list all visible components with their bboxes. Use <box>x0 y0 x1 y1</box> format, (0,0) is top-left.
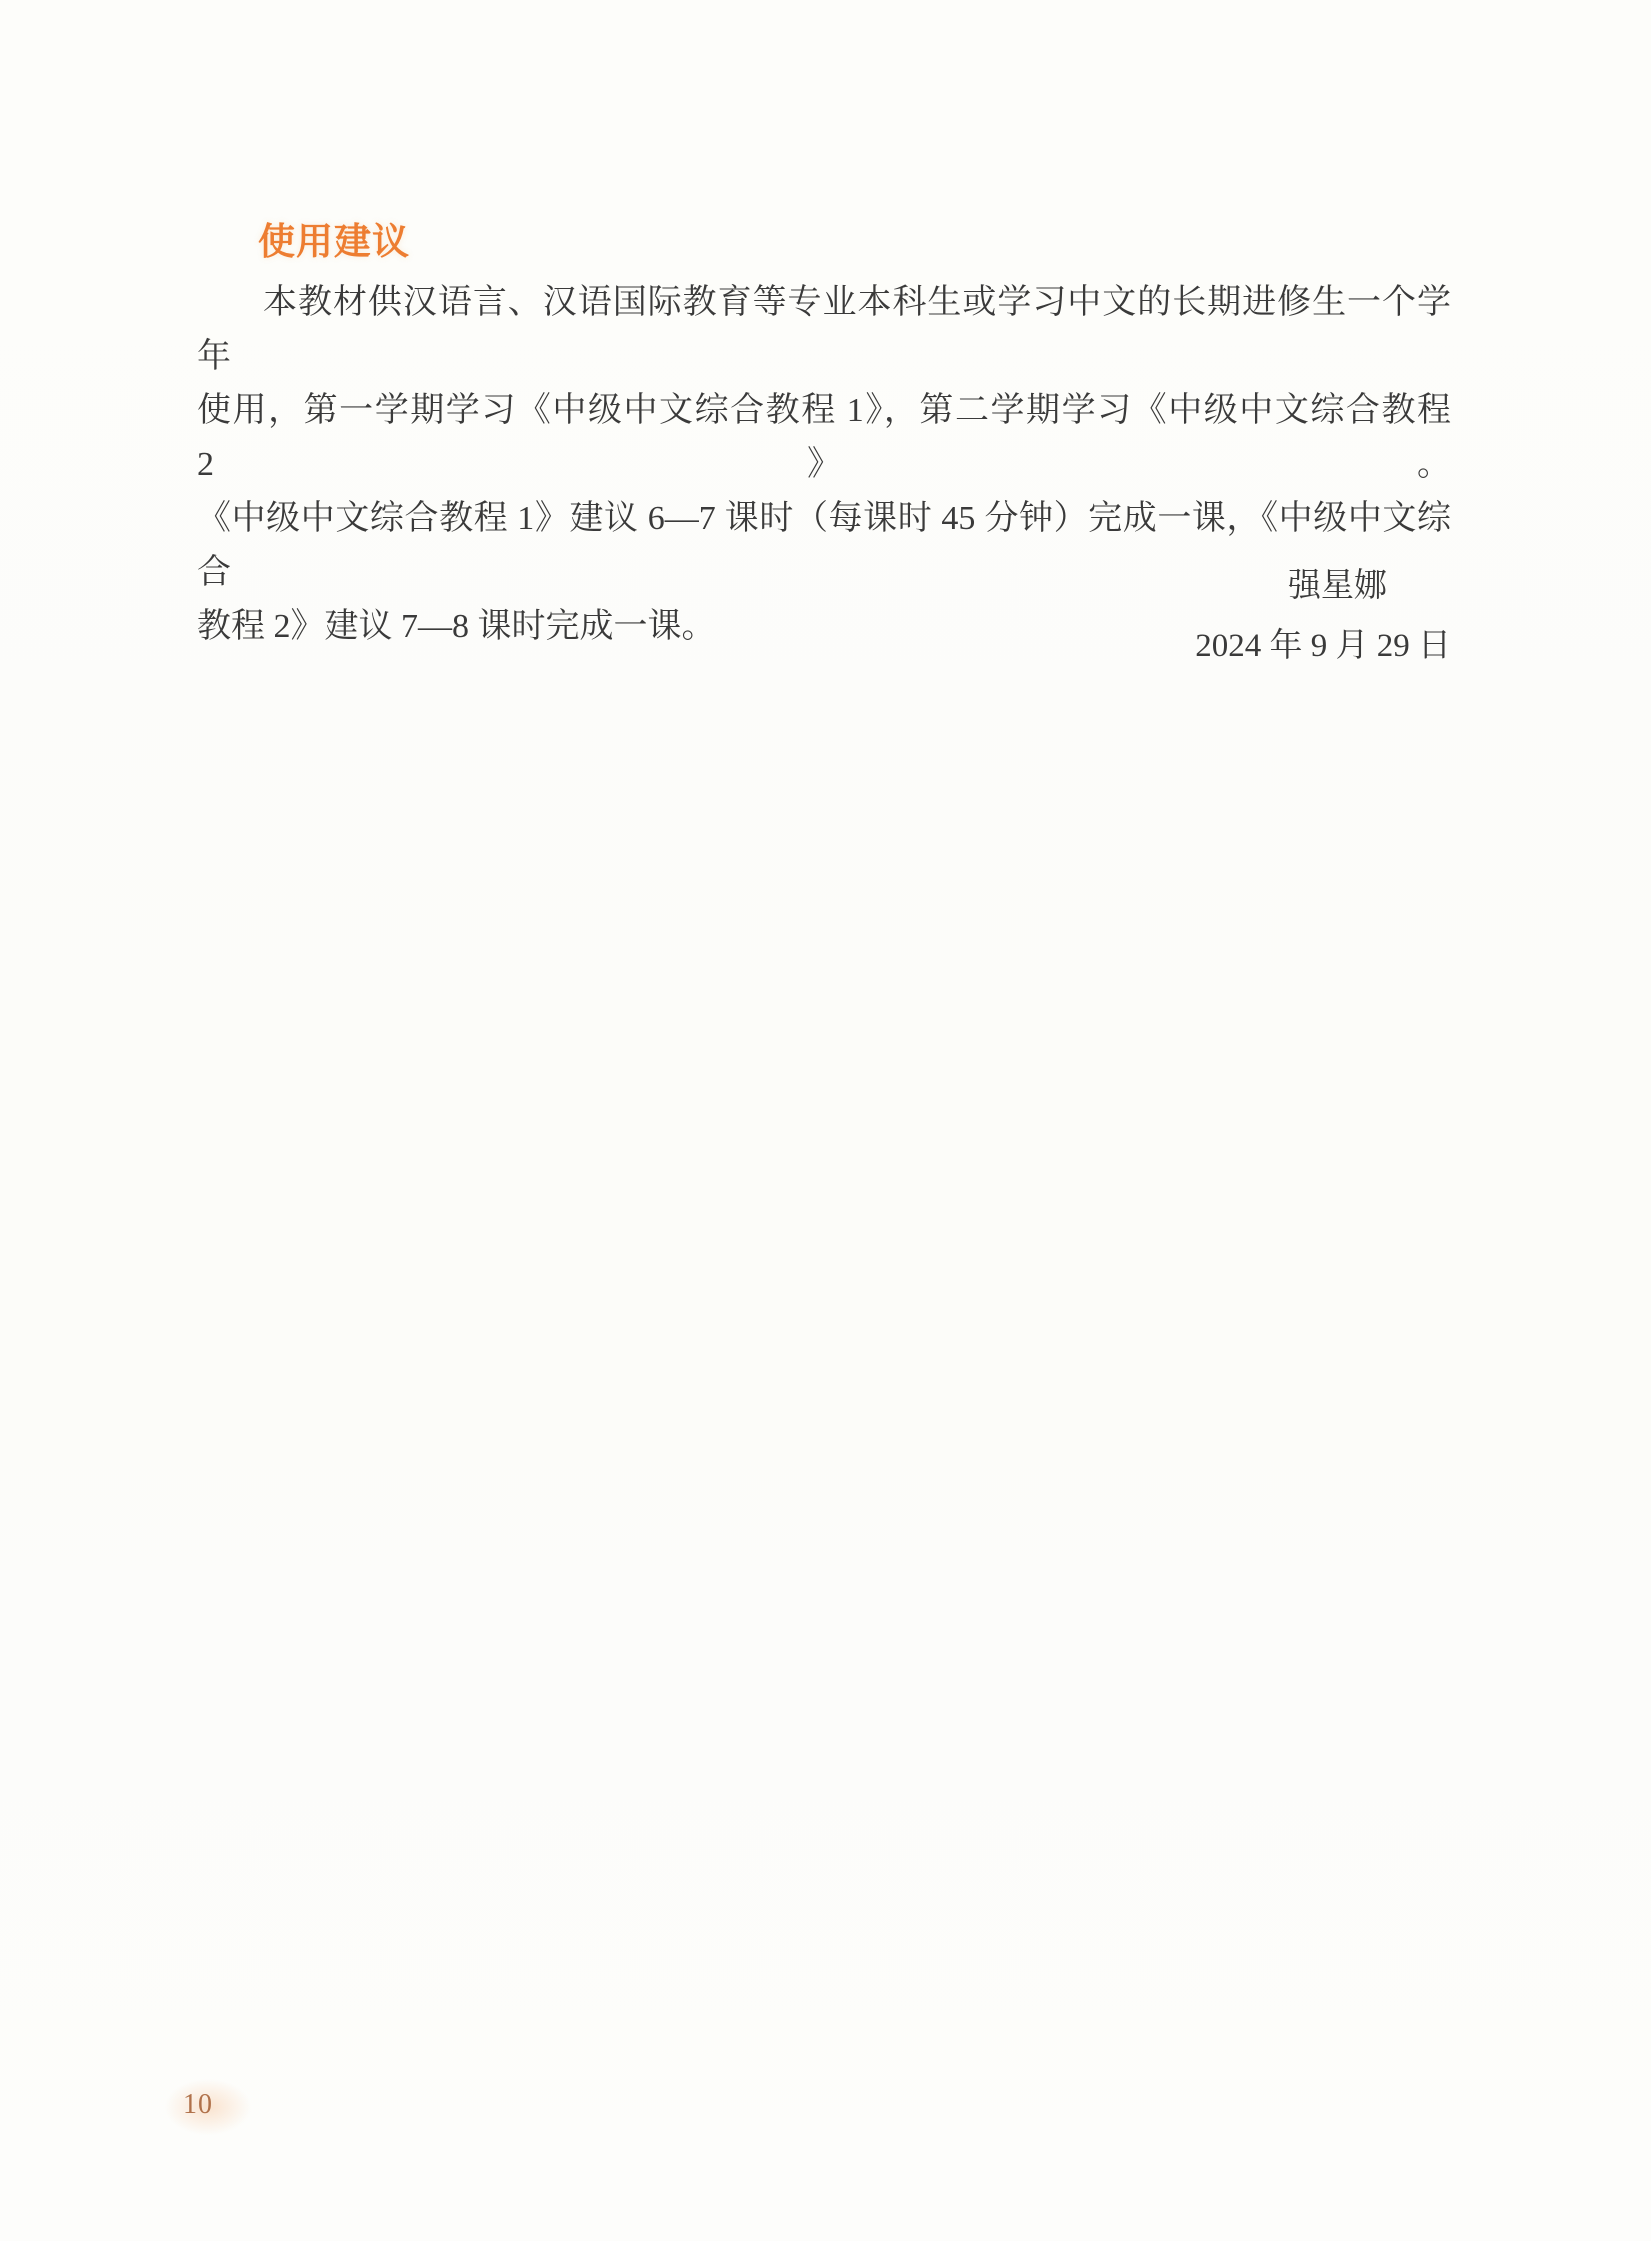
section-heading: 使用建议 <box>258 211 410 265</box>
paragraph-line: 使用，第一学期学习《中级中文综合教程 1》，第二学期学习《中级中文综合教程 2》… <box>197 384 1451 492</box>
signature-block: 强星娜 2024 年 9 月 29 日 <box>1195 556 1451 676</box>
page-footer: 10 <box>183 2089 213 2121</box>
signature-date: 2024 年 9 月 29 日 <box>1195 616 1451 676</box>
page-number: 10 <box>183 2089 213 2120</box>
author-name: 强星娜 <box>1195 556 1451 616</box>
document-page: 使用建议 本教材供汉语言、汉语国际教育等专业本科生或学习中文的长期进修生一个学年… <box>0 0 1651 2241</box>
paragraph-line: 本教材供汉语言、汉语国际教育等专业本科生或学习中文的长期进修生一个学年 <box>197 276 1451 384</box>
